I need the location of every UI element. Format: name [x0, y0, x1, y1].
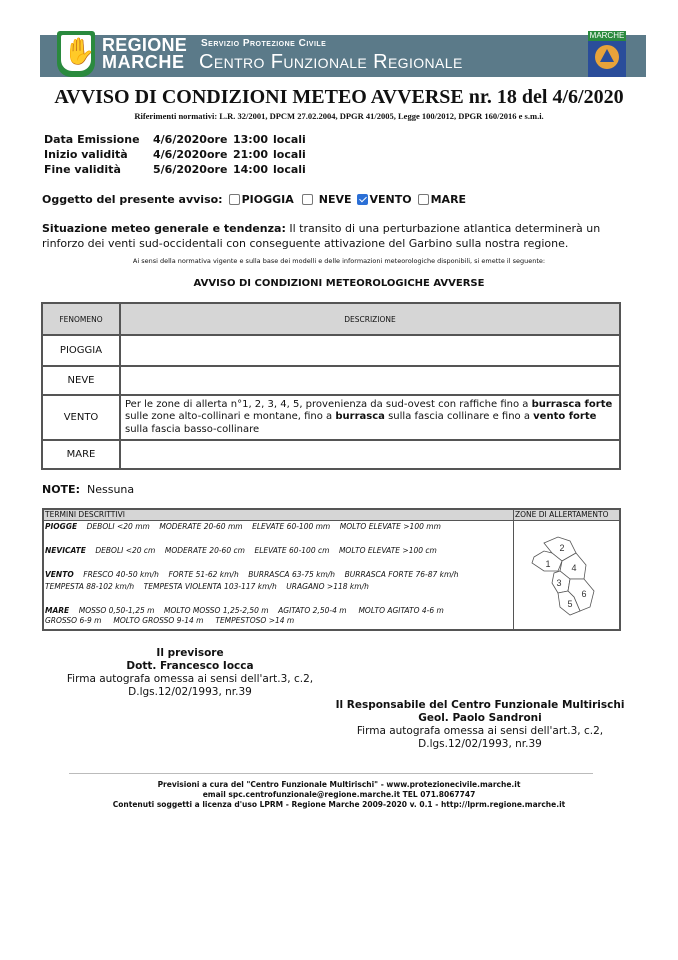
- zones-header: ZONE DI ALLERTAMENTO: [514, 509, 621, 521]
- validity-label: Fine validità: [44, 163, 121, 176]
- terms-nevicate: NEVICATE DEBOLI <20 cm MODERATE 20-60 cm…: [45, 545, 437, 556]
- service-name: Servizio Protezione Civile: [201, 38, 326, 49]
- term-item: DEBOLI <20 cm: [95, 546, 155, 555]
- terms-vento-2: TEMPESTA 88-102 km/h TEMPESTA VIOLENTA 1…: [45, 581, 369, 592]
- note-label: NOTE:: [42, 483, 80, 496]
- validity-suffix: locali: [273, 133, 306, 146]
- validity-suffix: locali: [273, 163, 306, 176]
- desc-bold: vento forte: [533, 411, 596, 422]
- document-subtitle: Riferimenti normativi: L.R. 32/2001, DPC…: [0, 111, 678, 121]
- term-item: MOLTO MOSSO 1,25-2,50 m: [164, 606, 269, 615]
- term-item: ELEVATE 60-100 cm: [254, 546, 329, 555]
- desc-text: Per le zone di allerta n°1, 2, 3, 4, 5, …: [125, 399, 532, 410]
- terms-table: TERMINI DESCRITTIVI ZONE DI ALLERTAMENTO…: [42, 508, 621, 631]
- sensi-text: Ai sensi della normativa vigente e sulla…: [0, 257, 678, 265]
- fenomeno-cell: NEVE: [42, 366, 120, 395]
- sig-note: Firma autografa omessa ai sensi dell'art…: [40, 673, 340, 686]
- footer-line1: Previsioni a cura del "Centro Funzionale…: [0, 780, 678, 790]
- checkbox-mare[interactable]: [418, 194, 429, 205]
- term-item: MOLTO AGITATO 4-6 m: [358, 606, 443, 615]
- descrizione-cell: [120, 335, 620, 366]
- terms-mare-2: GROSSO 6-9 m MOLTO GROSSO 9-14 m TEMPEST…: [45, 615, 294, 626]
- header-fenomeno: FENOMENO: [42, 303, 120, 335]
- checkbox-label-mare: MARE: [431, 193, 466, 206]
- desc-text: sulla fascia basso-collinare: [125, 424, 259, 435]
- svg-text:4: 4: [571, 563, 576, 573]
- footer-divider: [69, 773, 593, 774]
- fenomeno-cell: MARE: [42, 440, 120, 469]
- term-item: MOLTO GROSSO 9-14 m: [113, 616, 203, 625]
- signature-responsabile: Il Responsabile del Centro Funzionale Mu…: [320, 699, 640, 751]
- sig-note: D.lgs.12/02/1993, nr.39: [40, 686, 340, 699]
- terms-body-cell: PIOGGE DEBOLI <20 mm MODERATE 20-60 mm E…: [43, 521, 514, 631]
- badge-triangle-icon: [600, 49, 614, 62]
- table-row: NEVE: [42, 366, 620, 395]
- desc-text: sulle zone alto-collinari e montane, fin…: [125, 411, 335, 422]
- descrizione-cell: [120, 440, 620, 469]
- svg-text:6: 6: [581, 589, 586, 599]
- sig-name: Geol. Paolo Sandroni: [320, 712, 640, 725]
- oggetto-row: Oggetto del presente avviso: PIOGGIA NEV…: [42, 193, 466, 206]
- term-item: TEMPESTA 88-102 km/h: [45, 582, 134, 591]
- table-row: VENTO Per le zone di allerta n°1, 2, 3, …: [42, 395, 620, 440]
- term-item: URAGANO >118 km/h: [286, 582, 369, 591]
- terms-label: PIOGGE: [45, 522, 77, 531]
- term-item: MOLTO ELEVATE >100 cm: [339, 546, 437, 555]
- terms-label: MARE: [45, 606, 69, 615]
- terms-header: TERMINI DESCRITTIVI: [43, 509, 514, 521]
- term-item: ELEVATE 60-100 mm: [252, 522, 330, 531]
- checkbox-neve[interactable]: [302, 194, 313, 205]
- situazione-paragraph: Situazione meteo generale e tendenza: Il…: [42, 221, 642, 251]
- svg-text:3: 3: [556, 578, 561, 588]
- sig-note: Firma autografa omessa ai sensi dell'art…: [320, 725, 640, 738]
- sig-note: D.lgs.12/02/1993, nr.39: [320, 738, 640, 751]
- table-row: MARE: [42, 440, 620, 469]
- term-item: MOSSO 0,50-1,25 m: [79, 606, 155, 615]
- sig-name: Dott. Francesco Iocca: [40, 660, 340, 673]
- term-item: DEBOLI <20 mm: [87, 522, 150, 531]
- validity-time: 21:00: [233, 148, 268, 161]
- validity-ore: ore: [207, 133, 227, 146]
- validity-date: 4/6/2020: [153, 148, 207, 161]
- sig-role: Il Responsabile del Centro Funzionale Mu…: [320, 699, 640, 712]
- validity-time: 14:00: [233, 163, 268, 176]
- checkbox-label-pioggia: PIOGGIA: [242, 193, 294, 206]
- term-item: TEMPESTA VIOLENTA 103-117 km/h: [144, 582, 277, 591]
- terms-vento: VENTO FRESCO 40-50 km/h FORTE 51-62 km/h…: [45, 569, 459, 580]
- svg-text:5: 5: [567, 599, 572, 609]
- note-line: NOTE: Nessuna: [42, 483, 134, 496]
- zones-map-cell: 1 2 3 4 5 6: [514, 521, 621, 631]
- brand-line2: MARCHE: [102, 54, 185, 71]
- footer: Previsioni a cura del "Centro Funzionale…: [0, 780, 678, 810]
- signature-previsore: Il previsore Dott. Francesco Iocca Firma…: [40, 647, 340, 699]
- validity-suffix: locali: [273, 148, 306, 161]
- term-item: TEMPESTOSO >14 m: [215, 616, 294, 625]
- term-item: MODERATE 20-60 mm: [159, 522, 242, 531]
- zones-map-icon: 1 2 3 4 5 6: [514, 521, 618, 625]
- table-row: PIOGGIA: [42, 335, 620, 366]
- checkbox-vento[interactable]: [357, 194, 368, 205]
- terms-label: VENTO: [45, 570, 74, 579]
- svg-text:2: 2: [559, 543, 564, 553]
- terms-piogge: PIOGGE DEBOLI <20 mm MODERATE 20-60 mm E…: [45, 521, 441, 532]
- phenomena-table: FENOMENO DESCRIZIONE PIOGGIA NEVE VENTO …: [41, 302, 621, 470]
- checkbox-label-neve: NEVE: [319, 193, 352, 206]
- validity-ore: ore: [207, 163, 227, 176]
- validity-label: Data Emissione: [44, 133, 140, 146]
- validity-date: 5/6/2020: [153, 163, 207, 176]
- term-item: FORTE 51-62 km/h: [168, 570, 238, 579]
- table-header-row: FENOMENO DESCRIZIONE: [42, 303, 620, 335]
- footer-line2: email spc.centrofunzionale@regione.march…: [0, 790, 678, 800]
- situazione-label: Situazione meteo generale e tendenza:: [42, 222, 286, 235]
- validity-date: 4/6/2020: [153, 133, 207, 146]
- checkbox-label-vento: VENTO: [370, 193, 412, 206]
- term-item: MOLTO ELEVATE >100 mm: [340, 522, 441, 531]
- picchio-bird-icon: ✋: [63, 36, 89, 68]
- term-item: BURRASCA FORTE 76-87 km/h: [345, 570, 459, 579]
- validity-label: Inizio validità: [44, 148, 128, 161]
- footer-line3: Contenuti soggetti a licenza d'uso LPRM …: [0, 800, 678, 810]
- desc-bold: burrasca forte: [532, 399, 613, 410]
- terms-label: NEVICATE: [45, 546, 86, 555]
- validity-time: 13:00: [233, 133, 268, 146]
- document-title: AVVISO DI CONDIZIONI METEO AVVERSE nr. 1…: [0, 86, 678, 109]
- descrizione-cell: Per le zone di allerta n°1, 2, 3, 4, 5, …: [120, 395, 620, 440]
- zone-label: 1: [545, 559, 550, 569]
- term-item: AGITATO 2,50-4 m: [278, 606, 346, 615]
- fenomeno-cell: VENTO: [42, 395, 120, 440]
- fenomeno-cell: PIOGGIA: [42, 335, 120, 366]
- avviso-heading: AVVISO DI CONDIZIONI METEOROLOGICHE AVVE…: [0, 278, 678, 289]
- oggetto-label: Oggetto del presente avviso:: [42, 193, 223, 206]
- term-item: MODERATE 20-60 cm: [165, 546, 245, 555]
- term-item: BURRASCA 63-75 km/h: [248, 570, 335, 579]
- term-item: FRESCO 40-50 km/h: [83, 570, 159, 579]
- desc-bold: burrasca: [335, 411, 385, 422]
- note-text: Nessuna: [87, 483, 134, 496]
- header-descrizione: DESCRIZIONE: [120, 303, 620, 335]
- sig-role: Il previsore: [40, 647, 340, 660]
- center-name: Centro Funzionale Regionale: [199, 51, 463, 74]
- checkbox-pioggia[interactable]: [229, 194, 240, 205]
- descrizione-cell: [120, 366, 620, 395]
- badge-label: MARCHE: [588, 31, 626, 41]
- term-item: GROSSO 6-9 m: [45, 616, 101, 625]
- validity-ore: ore: [207, 148, 227, 161]
- desc-text: sulla fascia collinare e fino a: [385, 411, 533, 422]
